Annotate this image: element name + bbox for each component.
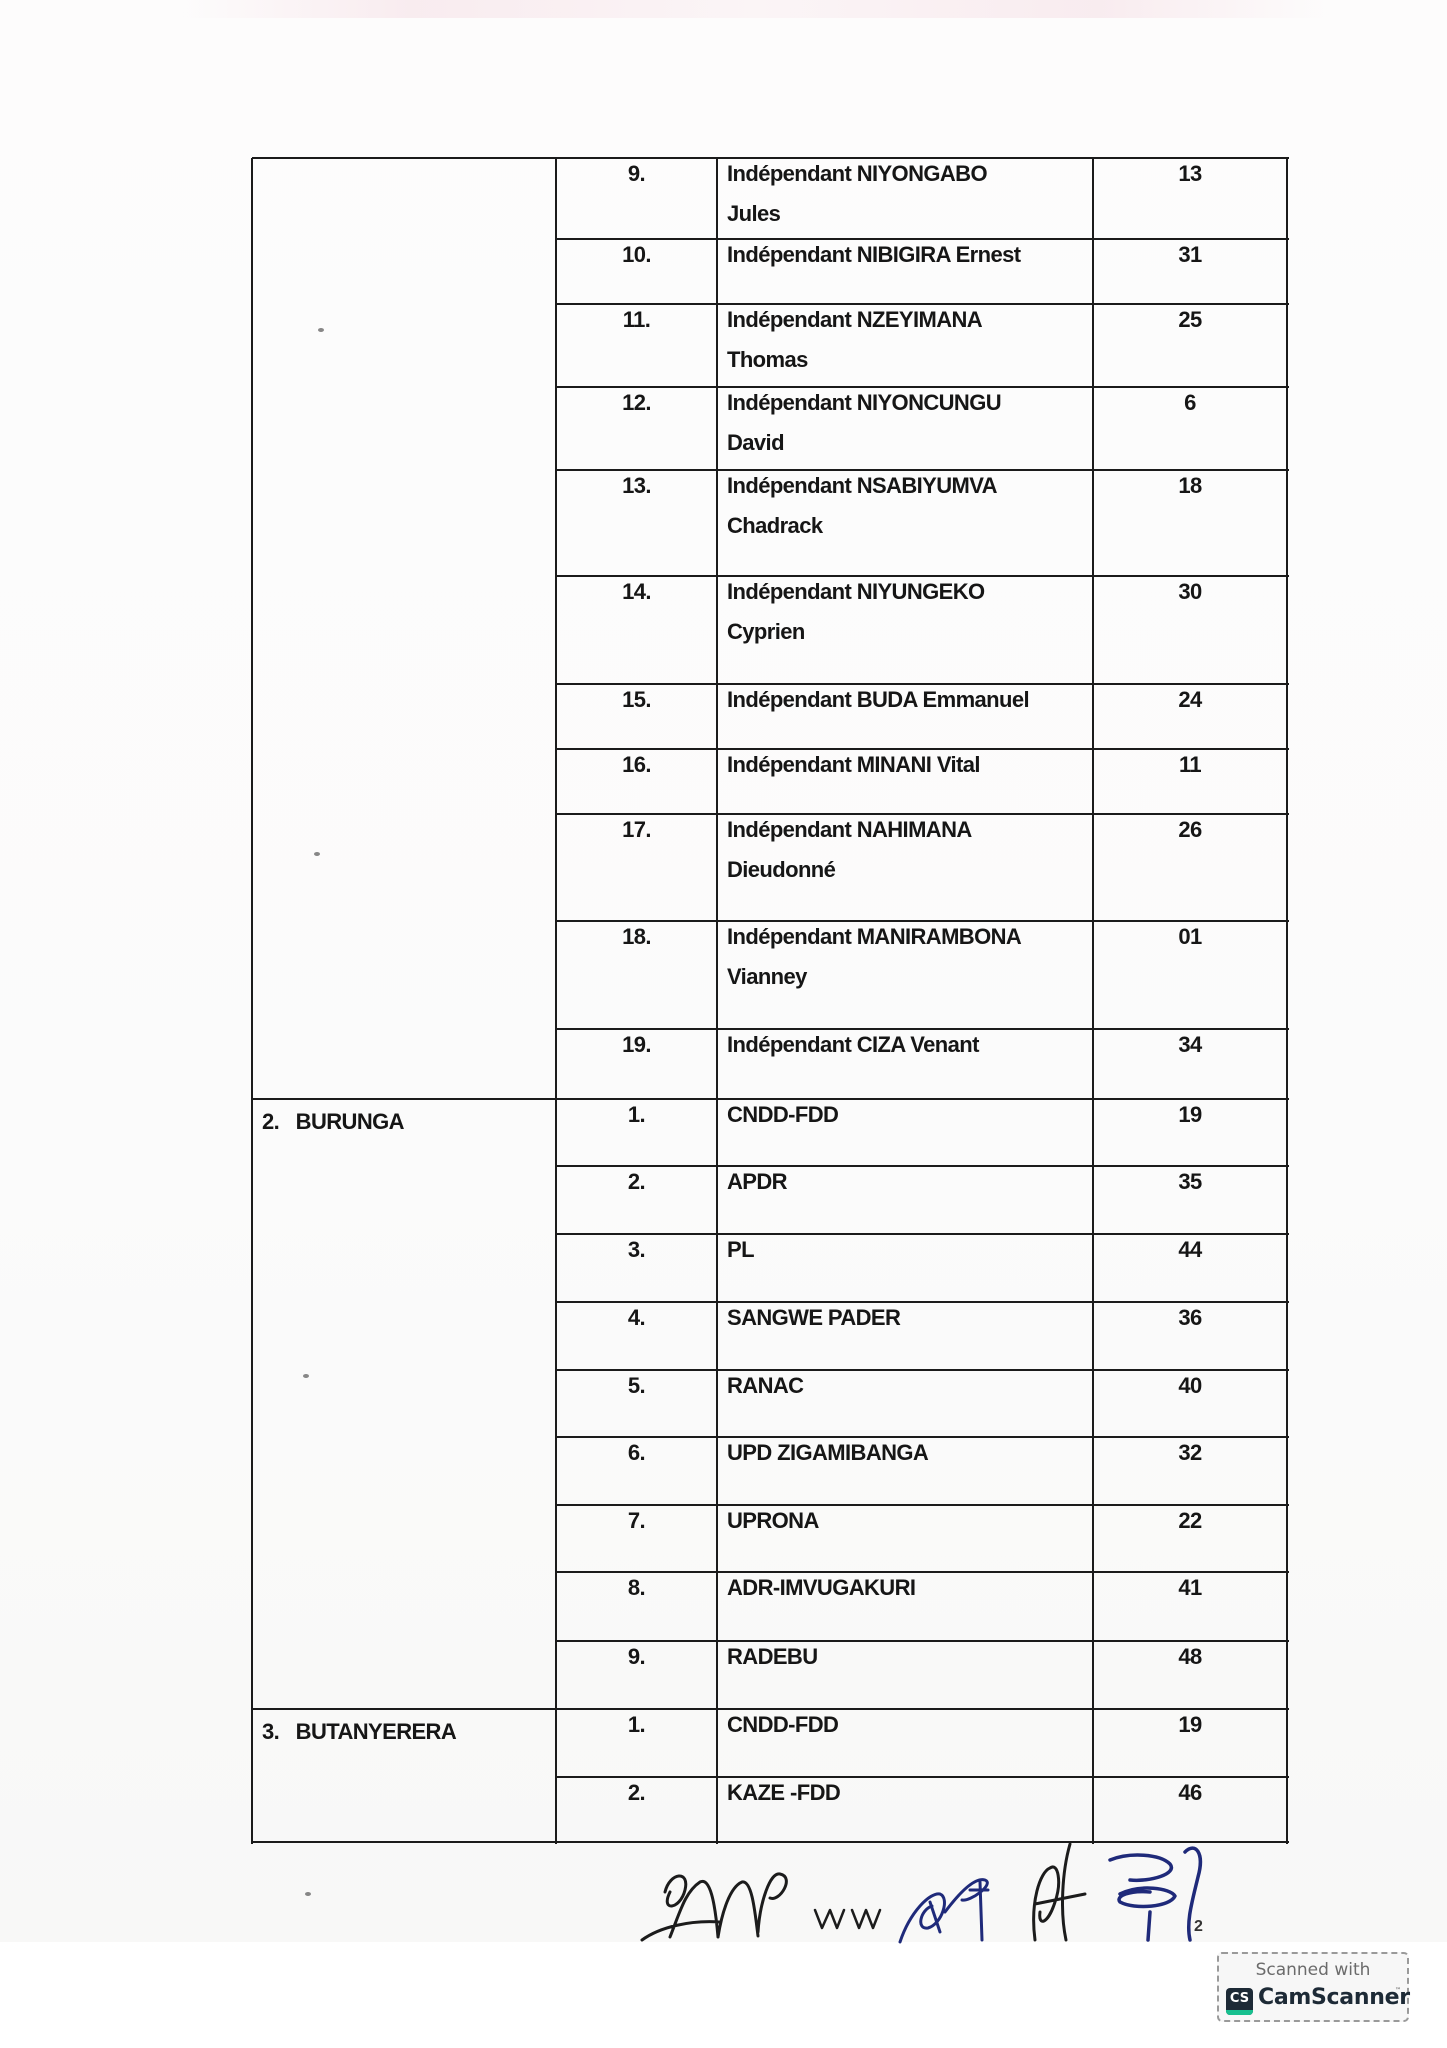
- candidate-name: ADR-IMVUGAKURI: [727, 1568, 915, 1608]
- candidate-name: David: [727, 423, 784, 463]
- candidate-name: CNDD-FDD: [727, 1705, 838, 1745]
- candidate-name: PL: [727, 1230, 754, 1270]
- candidate-name: Dieudonné: [727, 850, 835, 890]
- row-number: 3.: [556, 1230, 717, 1270]
- camscanner-watermark[interactable]: Scanned with CS CamScanner ™: [1217, 1952, 1409, 2022]
- vote-count: 31: [1093, 235, 1287, 275]
- row-number: 19.: [556, 1025, 717, 1065]
- vote-count: 48: [1093, 1637, 1287, 1677]
- stray-mark: [305, 1892, 311, 1896]
- vote-count: 32: [1093, 1433, 1287, 1473]
- vote-count: 34: [1093, 1025, 1287, 1065]
- vote-count: 13: [1093, 154, 1287, 194]
- vote-count: 44: [1093, 1230, 1287, 1270]
- candidate-name: Cyprien: [727, 612, 805, 652]
- vote-count: 6: [1093, 383, 1287, 423]
- vote-count: 25: [1093, 300, 1287, 340]
- candidate-name: Jules: [727, 194, 780, 234]
- vote-count: 35: [1093, 1162, 1287, 1202]
- vote-count: 41: [1093, 1568, 1287, 1608]
- row-number: 17.: [556, 810, 717, 850]
- candidate-name: Indépendant NIYUNGEKO: [727, 572, 985, 612]
- vote-count: 22: [1093, 1501, 1287, 1541]
- candidate-name: APDR: [727, 1162, 787, 1202]
- vote-count: 01: [1093, 917, 1287, 957]
- candidate-name: Indépendant NIYONGABO: [727, 154, 987, 194]
- row-number: 2.: [556, 1162, 717, 1202]
- row-number: 6.: [556, 1433, 717, 1473]
- vote-count: 30: [1093, 572, 1287, 612]
- row-number: 12.: [556, 383, 717, 423]
- candidate-name: Indépendant MANIRAMBONA: [727, 917, 1021, 957]
- candidate-name: Indépendant NZEYIMANA: [727, 300, 982, 340]
- candidate-name: Indépendant NSABIYUMVA: [727, 466, 997, 506]
- candidate-name: Indépendant NIBIGIRA Ernest: [727, 235, 1020, 275]
- row-number: 11.: [556, 300, 717, 340]
- camscanner-logo-icon: CS: [1226, 1988, 1253, 2015]
- stray-mark: [314, 852, 320, 856]
- vote-count: 18: [1093, 466, 1287, 506]
- candidate-name: KAZE -FDD: [727, 1773, 840, 1813]
- row-number: 15.: [556, 680, 717, 720]
- candidate-name: Thomas: [727, 340, 808, 380]
- row-number: 1.: [556, 1705, 717, 1745]
- candidate-name: UPRONA: [727, 1501, 819, 1541]
- row-number: 4.: [556, 1298, 717, 1338]
- results-table: 9.Indépendant NIYONGABOJules1310.Indépen…: [0, 0, 1447, 2048]
- vote-count: 46: [1093, 1773, 1287, 1813]
- row-number: 14.: [556, 572, 717, 612]
- row-number: 1.: [556, 1095, 717, 1135]
- row-number: 13.: [556, 466, 717, 506]
- vote-count: 19: [1093, 1705, 1287, 1745]
- watermark-brand: CamScanner: [1258, 1985, 1410, 2010]
- vote-count: 26: [1093, 810, 1287, 850]
- vote-count: 24: [1093, 680, 1287, 720]
- candidate-name: Chadrack: [727, 506, 822, 546]
- candidate-name: Indépendant NIYONCUNGU: [727, 383, 1001, 423]
- signature-icon: [630, 1832, 1230, 1944]
- row-number: 2.: [556, 1773, 717, 1813]
- row-number: 9.: [556, 1637, 717, 1677]
- row-number: 9.: [556, 154, 717, 194]
- candidate-name: Indépendant MINANI Vital: [727, 745, 980, 785]
- candidate-name: SANGWE PADER: [727, 1298, 900, 1338]
- vote-count: 40: [1093, 1366, 1287, 1406]
- table-rule: [251, 158, 253, 1844]
- row-number: 5.: [556, 1366, 717, 1406]
- vote-count: 36: [1093, 1298, 1287, 1338]
- stray-mark: [318, 328, 324, 332]
- candidate-name: Indépendant NAHIMANA: [727, 810, 972, 850]
- constituency-label: 3. BUTANYERERA: [262, 1712, 456, 1752]
- row-number: 16.: [556, 745, 717, 785]
- constituency-label: 2. BURUNGA: [262, 1102, 404, 1142]
- candidate-name: RADEBU: [727, 1637, 818, 1677]
- row-number: 8.: [556, 1568, 717, 1608]
- trademark-mark: ™: [1395, 1987, 1401, 1994]
- row-number: 10.: [556, 235, 717, 275]
- candidate-name: Indépendant BUDA Emmanuel: [727, 680, 1029, 720]
- watermark-caption: Scanned with: [1219, 1960, 1407, 1980]
- stray-mark: [303, 1374, 309, 1378]
- candidate-name: CNDD-FDD: [727, 1095, 838, 1135]
- vote-count: 19: [1093, 1095, 1287, 1135]
- candidate-name: UPD ZIGAMIBANGA: [727, 1433, 928, 1473]
- candidate-name: Indépendant CIZA Venant: [727, 1025, 979, 1065]
- row-number: 18.: [556, 917, 717, 957]
- vote-count: 11: [1093, 745, 1287, 785]
- candidate-name: Vianney: [727, 957, 807, 997]
- row-number: 7.: [556, 1501, 717, 1541]
- candidate-name: RANAC: [727, 1366, 803, 1406]
- page-number: 2: [1194, 1918, 1203, 1936]
